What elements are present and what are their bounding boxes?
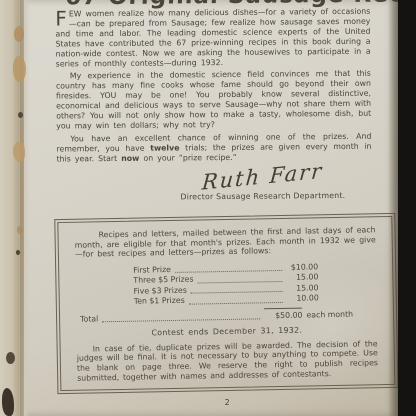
signature-job-title: Director Sausage Research Department. — [148, 190, 378, 201]
intro-paragraph-1-text: EW women realize how many delicious dish… — [55, 7, 370, 68]
prize-list: First Prize $10.00 Three $5 Prizes 15.00… — [133, 262, 319, 307]
prize-label: Three $5 Prizes — [133, 274, 193, 286]
prize-amount: 10.00 — [287, 293, 319, 304]
dot-leader — [189, 301, 283, 304]
intro-paragraph-1: FEW women realize how many delicious dis… — [55, 0, 371, 69]
total-label: Total — [80, 313, 98, 324]
p3-bold-twelve: twelve — [150, 143, 179, 152]
total-suffix: each month — [306, 308, 353, 320]
contest-rules-box-inner: Recipes and letters, mailed between the … — [57, 216, 395, 391]
prize-amount: 15.00 — [286, 272, 318, 283]
contest-intro-paragraph: Recipes and letters, mailed between the … — [74, 225, 375, 259]
contest-fine-print: In case of tie, duplicate prizes will be… — [77, 339, 379, 383]
paper-stain — [13, 142, 25, 162]
intro-paragraph-2: My experience in the domestic science fi… — [56, 69, 372, 131]
prize-amount: $10.00 — [286, 262, 318, 273]
paper-stain — [16, 250, 20, 255]
page-edge-shadow — [388, 0, 398, 416]
book-page-photo: 67 Original Sausage Recipes FEW women re… — [0, 0, 398, 416]
dot-leader — [191, 291, 283, 294]
page-number: 2 — [57, 396, 398, 408]
paper-stain — [6, 352, 15, 364]
p3-bold-now: now — [121, 153, 139, 162]
contest-rules-box: Recipes and letters, mailed between the … — [54, 212, 398, 393]
contest-deadline: Contest ends December 31, 1932. — [74, 324, 379, 339]
p3-text: on your “prize recipe.” — [139, 153, 236, 163]
dot-leader — [198, 280, 283, 283]
signature-block: Ruth Farr Director Sausage Research Depa… — [148, 163, 378, 201]
page-content: 67 Original Sausage Recipes FEW women re… — [53, 0, 398, 416]
paper-stain — [13, 56, 26, 82]
prize-label: Ten $1 Prizes — [134, 296, 185, 307]
signature-ruth-farr: Ruth Farr — [201, 158, 324, 195]
paper-stain — [14, 26, 24, 42]
dropcap-letter: F — [55, 9, 69, 27]
total-row: Total $50.00 each month — [80, 306, 353, 324]
total-amount: $50.00 — [264, 307, 302, 321]
prize-label: Five $3 Prizes — [134, 285, 187, 296]
prize-label: First Prize — [133, 264, 171, 275]
dot-leader — [102, 318, 260, 322]
paper-stain — [18, 112, 23, 118]
dot-leader — [175, 270, 282, 273]
paper-stain — [17, 226, 23, 234]
prize-amount: 15.00 — [286, 283, 318, 294]
